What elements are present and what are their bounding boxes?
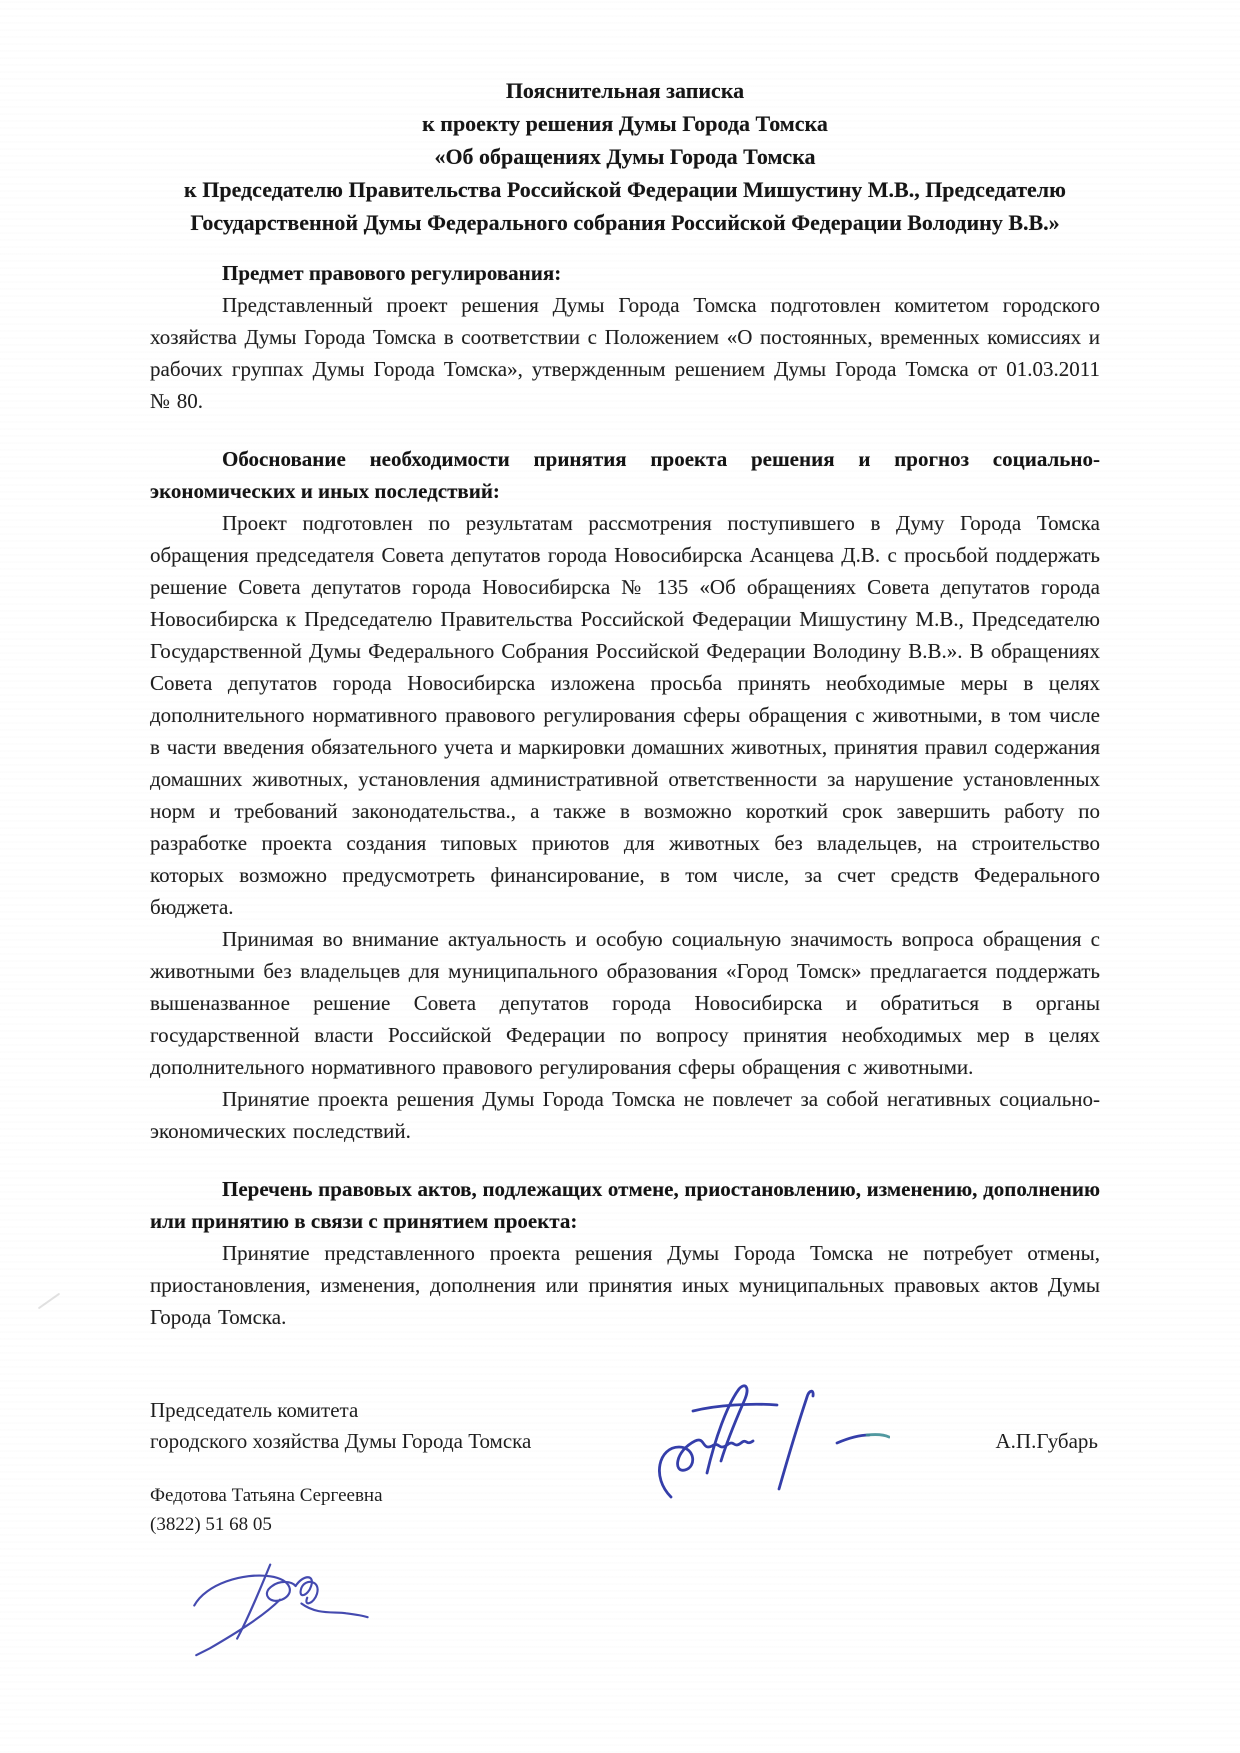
signer-position-line: городского хозяйства Думы Города Томска bbox=[150, 1426, 1100, 1457]
document-page: Пояснительная записка к проекту решения … bbox=[0, 0, 1240, 1753]
section-heading-subject: Предмет правового регулирования: bbox=[150, 257, 1100, 289]
fedotova-signature-ink bbox=[184, 1549, 374, 1661]
section-acts-list: Перечень правовых актов, подлежащих отме… bbox=[150, 1173, 1100, 1333]
title-line: Государственной Думы Федерального собран… bbox=[150, 206, 1100, 239]
signer-name: А.П.Губарь bbox=[996, 1426, 1098, 1457]
contact-phone: (3822) 51 68 05 bbox=[150, 1510, 1100, 1539]
signer-position: Председатель комитета городского хозяйст… bbox=[150, 1395, 1100, 1457]
paragraph: Принятие проекта решения Думы Города Том… bbox=[150, 1083, 1100, 1147]
title-line: Пояснительная записка bbox=[150, 74, 1100, 107]
gubar-signature-ink bbox=[655, 1377, 890, 1502]
section-justification: Обоснование необходимости принятия проек… bbox=[150, 443, 1100, 1147]
section-subject: Предмет правового регулирования: Предста… bbox=[150, 257, 1100, 417]
contact-name: Федотова Татьяна Сергеевна bbox=[150, 1481, 1100, 1510]
section-heading-justification: Обоснование необходимости принятия проек… bbox=[150, 443, 1100, 507]
signer-position-line: Председатель комитета bbox=[150, 1395, 1100, 1426]
document-title: Пояснительная записка к проекту решения … bbox=[150, 74, 1100, 239]
paragraph: Проект подготовлен по результатам рассмо… bbox=[150, 507, 1100, 923]
paragraph: Принятие представленного проекта решения… bbox=[150, 1237, 1100, 1333]
title-line: к проекту решения Думы Города Томска bbox=[150, 107, 1100, 140]
title-line: «Об обращениях Думы Города Томска bbox=[150, 140, 1100, 173]
scan-smudge-artifact bbox=[38, 1293, 60, 1310]
section-heading-acts: Перечень правовых актов, подлежащих отме… bbox=[150, 1173, 1100, 1237]
title-line: к Председателю Правительства Российской … bbox=[150, 173, 1100, 206]
signature-block: Председатель комитета городского хозяйст… bbox=[150, 1395, 1100, 1459]
contact-info: Федотова Татьяна Сергеевна (3822) 51 68 … bbox=[150, 1481, 1100, 1539]
paragraph: Принимая во внимание актуальность и особ… bbox=[150, 923, 1100, 1083]
paragraph: Представленный проект решения Думы Город… bbox=[150, 289, 1100, 417]
